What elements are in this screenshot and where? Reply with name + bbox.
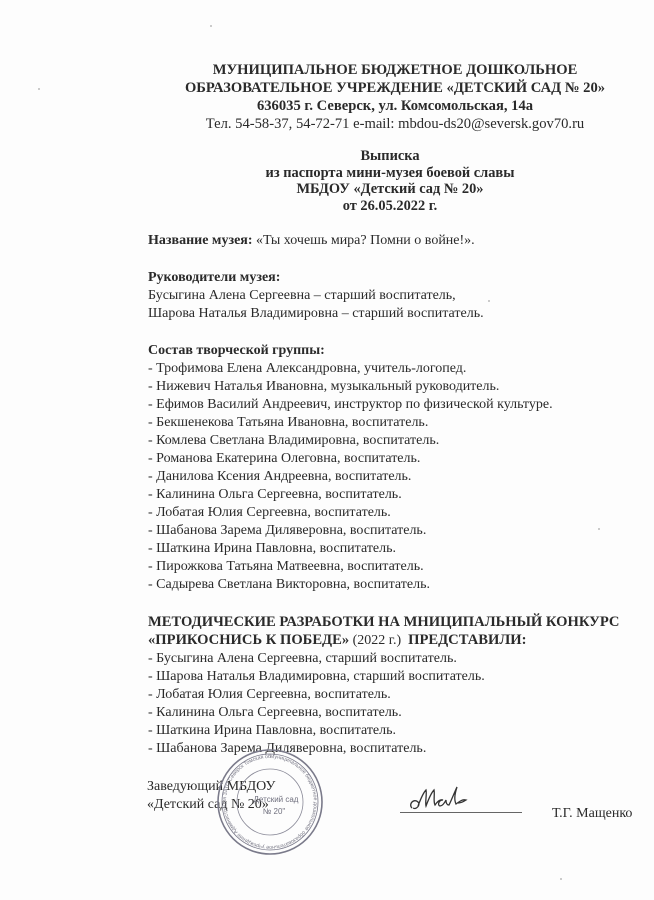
contest-heading-line2: «ПРИКОСНИСЬ К ПОБЕДЕ» (2022 г.) ПРЕДСТАВ… (148, 631, 648, 650)
group-member-item: - Шабанова Зарема Диляверовна, воспитате… (148, 522, 648, 540)
contest-presented: ПРЕДСТАВИЛИ: (408, 632, 526, 648)
group-member-item: - Калинина Ольга Сергеевна, воспитатель. (148, 486, 648, 504)
creative-group-list: - Трофимова Елена Александровна, учитель… (148, 360, 648, 594)
contest-participant-item: - Калинина Ольга Сергеевна, воспитатель. (148, 704, 648, 722)
group-member-item: - Трофимова Елена Александровна, учитель… (148, 360, 648, 378)
document-body: Название музея: «Ты хочешь мира? Помни о… (148, 232, 648, 758)
group-member-item: - Ефимов Василий Андреевич, инструктор п… (148, 396, 648, 414)
extract-subtitle: из паспорта мини-музея боевой славы (240, 165, 540, 182)
contest-title: «ПРИКОСНИСЬ К ПОБЕДЕ» (148, 632, 349, 648)
org-address: 636035 г. Северск, ул. Комсомольская, 14… (150, 97, 640, 115)
contest-year: (2022 г.) (349, 633, 408, 648)
leaders-heading: Руководители музея: (148, 269, 648, 287)
group-member-item: - Романова Екатерина Олеговна, воспитате… (148, 450, 648, 468)
contest-heading-line1: МЕТОДИЧЕСКИЕ РАЗРАБОТКИ НА МНИЦИПАЛЬНЫЙ … (148, 613, 648, 631)
contest-participant-item: - Бусыгина Алена Сергеевна, старший восп… (148, 650, 648, 668)
museum-name: Название музея: «Ты хочешь мира? Помни о… (148, 232, 648, 250)
svg-text:№ 20": № 20" (263, 807, 286, 816)
contest-participant-item: - Шарова Наталья Владимировна, старший в… (148, 668, 648, 686)
group-member-item: - Пирожкова Татьяна Матвеевна, воспитате… (148, 558, 648, 576)
group-member-item: - Бекшенекова Татьяна Ивановна, воспитат… (148, 414, 648, 432)
contest-list: - Бусыгина Алена Сергеевна, старший восп… (148, 650, 648, 758)
leader-item: Бусыгина Алена Сергеевна – старший воспи… (148, 287, 648, 305)
org-name-line2: ОБРАЗОВАТЕЛЬНОЕ УЧРЕЖДЕНИЕ «ДЕТСКИЙ САД … (150, 79, 640, 97)
group-member-item: - Нижевич Наталья Ивановна, музыкальный … (148, 378, 648, 396)
extract-date: от 26.05.2022 г. (240, 198, 540, 215)
extract-title-block: Выписка из паспорта мини-музея боевой сл… (240, 148, 540, 214)
group-member-item: - Данилова Ксения Андреевна, воспитатель… (148, 468, 648, 486)
contest-participant-item: - Лобатая Юлия Сергеевна, воспитатель. (148, 686, 648, 704)
group-member-item: - Лобатая Юлия Сергеевна, воспитатель. (148, 504, 648, 522)
group-member-item: - Шаткина Ирина Павловна, воспитатель. (148, 540, 648, 558)
extract-org: МБДОУ «Детский сад № 20» (240, 181, 540, 198)
official-stamp-icon: Муниципальное бюджетное дошкольное образ… (216, 748, 324, 858)
svg-text:Детский сад: Детский сад (254, 795, 299, 804)
org-name-line1: МУНИЦИПАЛЬНОЕ БЮДЖЕТНОЕ ДОШКОЛЬНОЕ (150, 61, 640, 79)
museum-name-label: Название музея: (148, 233, 253, 248)
signatory-name: Т.Г. Мащенко (552, 805, 632, 823)
org-contacts: Тел. 54-58-37, 54-72-71 e-mail: mbdou-ds… (150, 115, 640, 133)
letterhead: МУНИЦИПАЛЬНОЕ БЮДЖЕТНОЕ ДОШКОЛЬНОЕ ОБРАЗ… (150, 61, 640, 133)
extract-title: Выписка (240, 148, 540, 165)
leaders-list: Бусыгина Алена Сергеевна – старший воспи… (148, 287, 648, 323)
signature-line (400, 812, 522, 813)
handwritten-signature-icon (406, 784, 486, 814)
creative-group-heading: Состав творческой группы: (148, 342, 648, 360)
contest-participant-item: - Шаткина Ирина Павловна, воспитатель. (148, 722, 648, 740)
leader-item: Шарова Наталья Владимировна – старший во… (148, 305, 648, 323)
group-member-item: - Садырева Светлана Викторовна, воспитат… (148, 576, 648, 594)
group-member-item: - Комлева Светлана Владимировна, воспита… (148, 432, 648, 450)
museum-name-value: «Ты хочешь мира? Помни о войне!». (256, 233, 475, 248)
document-page: МУНИЦИПАЛЬНОЕ БЮДЖЕТНОЕ ДОШКОЛЬНОЕ ОБРАЗ… (0, 0, 654, 900)
